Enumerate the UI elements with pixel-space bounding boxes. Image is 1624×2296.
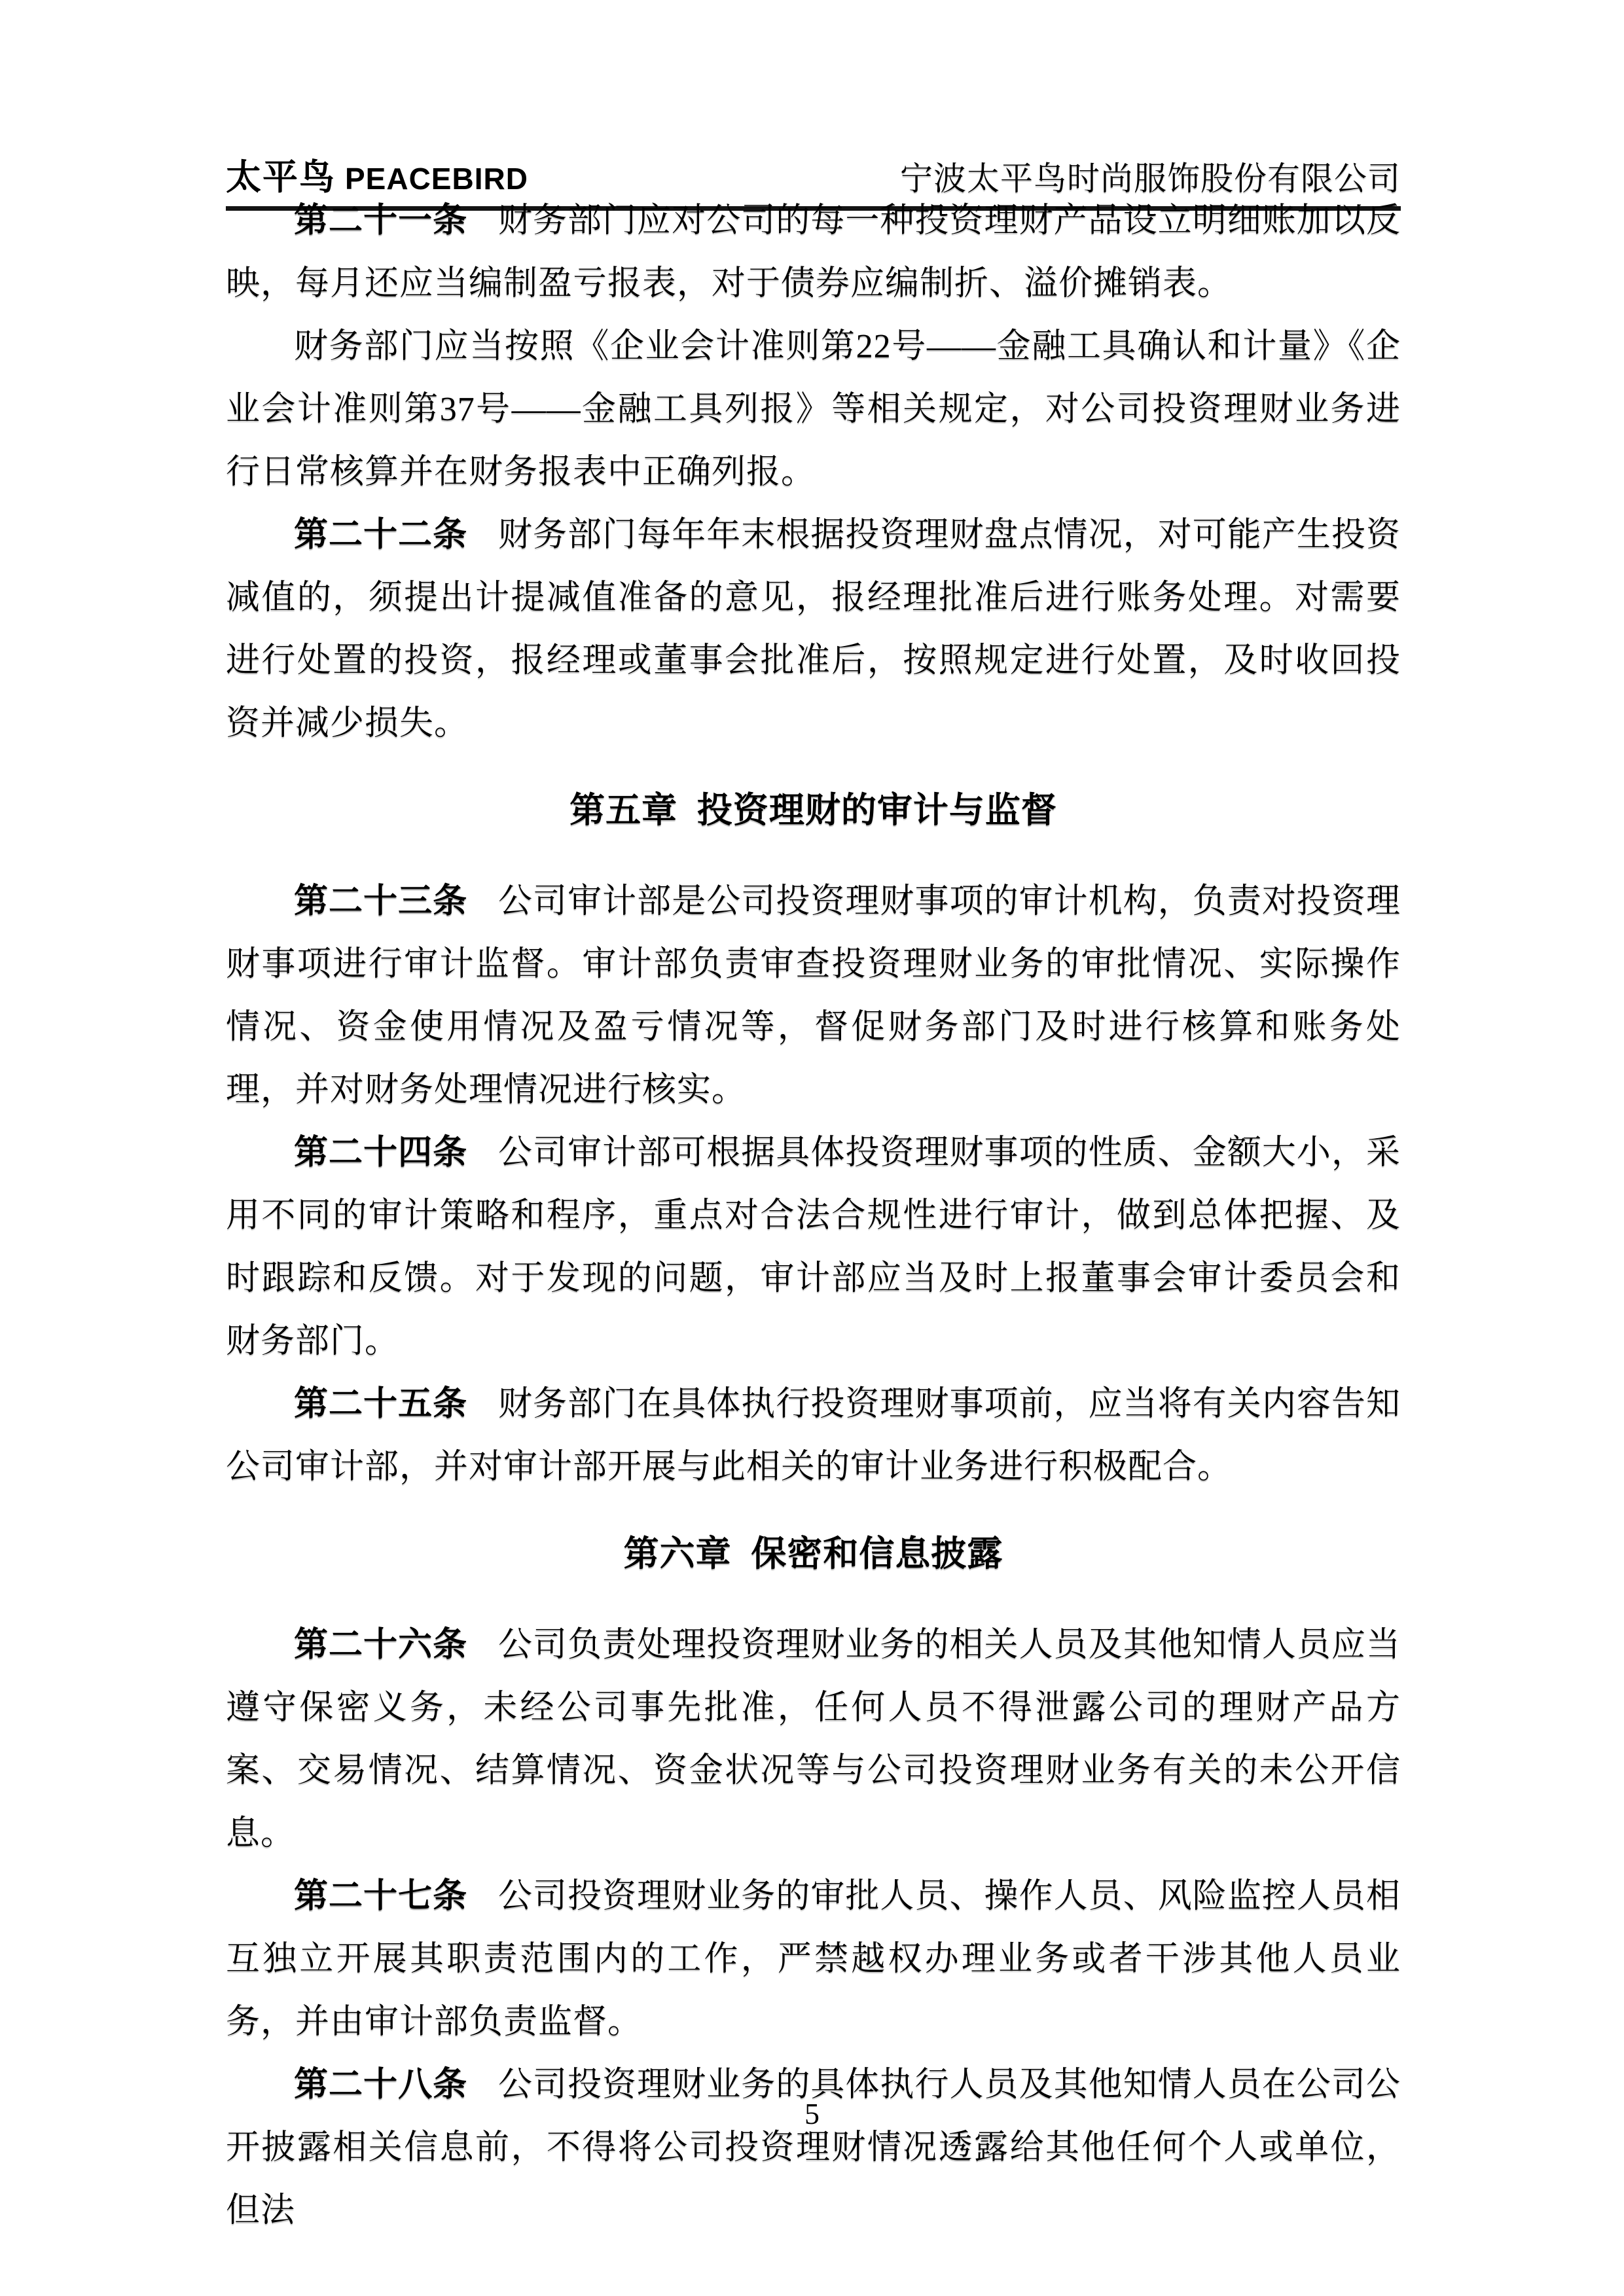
page-number: 5 [804, 2097, 820, 2130]
paragraph-text: 财务部门应当按照《企业会计准则第22号——金融工具确认和计量》《企业会计准则第3… [226, 328, 1401, 491]
article-number: 第二十三条 [294, 883, 467, 920]
chapter-number: 第五章 [569, 791, 677, 830]
article-number: 第二十六条 [294, 1626, 467, 1664]
document-page: 太平鸟 PEACEBIRD 宁波太平鸟时尚服饰股份有限公司 第二十一条财务部门应… [0, 0, 1624, 2296]
article-paragraph: 第二十三条公司审计部是公司投资理财事项的审计机构，负责对投资理财事项进行审计监督… [226, 870, 1401, 1122]
chapter-heading: 第六章保密和信息披露 [226, 1522, 1401, 1585]
body-paragraph: 财务部门应当按照《企业会计准则第22号——金融工具确认和计量》《企业会计准则第3… [226, 315, 1401, 504]
chapter-heading: 第五章投资理财的审计与监督 [226, 779, 1401, 842]
article-paragraph: 第二十一条财务部门应对公司的每一种投资理财产品设立明细账加以反映，每月还应当编制… [226, 190, 1401, 315]
article-paragraph: 第二十八条公司投资理财业务的具体执行人员及其他知情人员在公司公开披露相关信息前，… [226, 2054, 1401, 2242]
article-paragraph: 第二十五条财务部门在具体执行投资理财事项前，应当将有关内容告知公司审计部，并对审… [226, 1373, 1401, 1499]
chapter-title: 投资理财的审计与监督 [697, 791, 1057, 830]
chapter-number: 第六章 [624, 1534, 732, 1573]
article-paragraph: 第二十六条公司负责处理投资理财业务的相关人员及其他知情人员应当遵守保密义务，未经… [226, 1614, 1401, 1865]
article-number: 第二十七条 [294, 1878, 467, 1915]
document-body: 第二十一条财务部门应对公司的每一种投资理财产品设立明细账加以反映，每月还应当编制… [226, 190, 1401, 2242]
chapter-title: 保密和信息披露 [751, 1534, 1003, 1573]
article-number: 第二十一条 [294, 202, 467, 240]
article-paragraph: 第二十七条公司投资理财业务的审批人员、操作人员、风险监控人员相互独立开展其职责范… [226, 1865, 1401, 2054]
article-number: 第二十二条 [294, 516, 467, 554]
page-footer: 5 [0, 2094, 1624, 2134]
article-number: 第二十五条 [294, 1386, 467, 1423]
article-number: 第二十四条 [294, 1134, 467, 1172]
article-paragraph: 第二十四条公司审计部可根据具体投资理财事项的性质、金额大小，采用不同的审计策略和… [226, 1122, 1401, 1373]
article-paragraph: 第二十二条财务部门每年年末根据投资理财盘点情况，对可能产生投资减值的，须提出计提… [226, 504, 1401, 755]
